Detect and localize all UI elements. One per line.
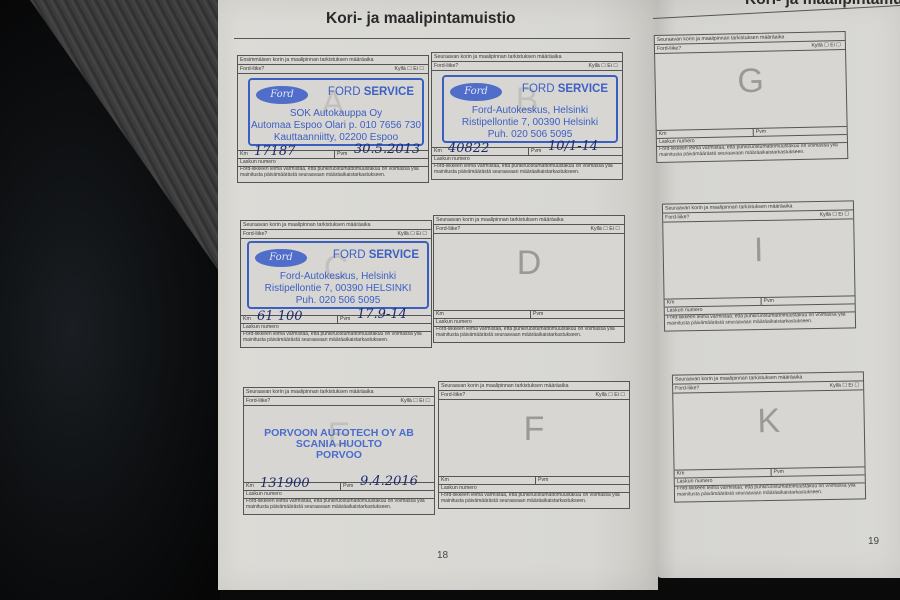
stamp-area: D [434, 234, 624, 311]
inspection-form-c: Seuraavan korin ja maalipinnan tarkistuk… [240, 220, 432, 348]
page-number-left: 18 [437, 550, 448, 561]
form-header: Ensimmäisen korin ja maalipinnan tarkist… [238, 56, 428, 65]
inspection-form-d: Seuraavan korin ja maalipinnan tarkistuk… [433, 215, 625, 343]
yes-no-checkboxes[interactable]: Kyllä ☐ Ei ☐ [401, 397, 430, 405]
inspection-form-g: Seuraavan korin ja maalipinnan tarkistuk… [654, 31, 849, 163]
km-value: 40822 [448, 141, 489, 156]
ford-dealer-label: Ford-liike? [246, 398, 270, 404]
inspection-form-i: Seuraavan korin ja maalipinnan tarkistuk… [662, 200, 856, 331]
yes-no-checkboxes[interactable]: Kyllä ☐ Ei ☐ [811, 41, 841, 50]
yes-no-checkboxes[interactable]: Kyllä ☐ Ei ☐ [591, 225, 620, 233]
form-header: Seuraavan korin ja maalipinnan tarkistuk… [241, 221, 431, 230]
ford-dealer-label: Ford-liike? [436, 226, 460, 232]
warranty-note: Ford-liikkeen leima varmistaa, että puhk… [432, 164, 622, 181]
yes-no-checkboxes[interactable]: Kyllä ☐ Ei ☐ [596, 391, 625, 399]
stamp-area: B Ford FORD SERVICE Ford-Autokeskus, Hel… [432, 71, 622, 148]
stamp-address: Ford-Autokeskus, HelsinkiRistipellontie … [249, 271, 427, 307]
date-label: Pvm [530, 310, 543, 319]
km-label: Km [677, 469, 685, 477]
stamp-area: F [439, 400, 629, 477]
invoice-number-label: Laskun numero [432, 156, 622, 164]
km-label: Km [659, 130, 667, 138]
form-letter: D [434, 244, 624, 283]
invoice-number-label: Laskun numero [434, 319, 624, 327]
ford-service-stamp: Ford FORD SERVICE Ford-Autokeskus, Helsi… [247, 241, 429, 309]
warranty-note: Ford-liikkeen leima varmistaa, että puhk… [439, 493, 629, 510]
km-label: Km [243, 315, 251, 323]
warranty-note: Ford-liikkeen leima varmistaa, että puhk… [434, 327, 624, 344]
stamp-area: K [673, 390, 864, 470]
form-header: Seuraavan korin ja maalipinnan tarkistuk… [432, 53, 622, 62]
ford-logo-icon: Ford [450, 83, 502, 101]
km-label: Km [667, 298, 675, 306]
km-date-row: Km Pvm [439, 476, 629, 485]
stamp-title: FORD SERVICE [328, 86, 414, 98]
inspection-form-k: Seuraavan korin ja maalipinnan tarkistuk… [672, 371, 866, 502]
ford-dealer-row: Ford-liike? Kyllä ☐ Ei ☐ [244, 397, 434, 406]
ford-dealer-label: Ford-liike? [441, 392, 465, 398]
date-value: 17.9-14 [357, 307, 407, 322]
ford-dealer-label: Ford-liike? [657, 45, 681, 52]
ford-dealer-row: Ford-liike? Kyllä ☐ Ei ☐ [238, 65, 428, 74]
page-number-right: 19 [868, 536, 879, 547]
date-label: Pvm [340, 482, 353, 491]
title-divider [234, 38, 630, 39]
warranty-note: Ford-liikkeen leima varmistaa, että puhk… [675, 483, 865, 503]
ford-dealer-label: Ford-liike? [240, 66, 264, 72]
form-letter: K [673, 400, 864, 442]
ford-dealer-row: Ford-liike? Kyllä ☐ Ei ☐ [432, 62, 622, 71]
date-label: Pvm [535, 476, 548, 485]
invoice-number-label: Laskun numero [244, 491, 434, 499]
km-date-row: Km Pvm [434, 310, 624, 319]
yes-no-checkboxes[interactable]: Kyllä ☐ Ei ☐ [398, 230, 427, 238]
km-label: Km [246, 482, 254, 490]
yes-no-checkboxes[interactable]: Kyllä ☐ Ei ☐ [395, 65, 424, 73]
ford-dealer-label: Ford-liike? [434, 63, 458, 69]
ford-service-stamp: Ford FORD SERVICE Ford-Autokeskus, Helsi… [442, 75, 618, 143]
stamp-address: Ford-Autokeskus, HelsinkiRistipellontie … [444, 105, 616, 141]
ford-dealer-label: Ford-liike? [243, 231, 267, 237]
ford-service-stamp: Ford FORD SERVICE SOK Autokauppa OyAutom… [248, 78, 424, 146]
km-label: Km [436, 310, 444, 318]
inspection-form-b: Seuraavan korin ja maalipinnan tarkistuk… [431, 52, 623, 180]
date-label: Pvm [771, 468, 785, 477]
ford-logo-icon: Ford [255, 249, 307, 267]
page-title-right: Kori- ja maalipintamuistio [745, 0, 900, 9]
date-value: 10/1-14 [548, 139, 598, 154]
form-letter: F [439, 410, 629, 449]
yes-no-checkboxes[interactable]: Kyllä ☐ Ei ☐ [589, 62, 618, 70]
ford-logo-icon: Ford [256, 86, 308, 104]
form-header: Seuraavan korin ja maalipinnan tarkistuk… [439, 382, 629, 391]
km-value: 17187 [254, 144, 295, 159]
km-label: Km [240, 150, 248, 158]
km-label: Km [441, 476, 449, 484]
km-value: 61 100 [257, 309, 303, 324]
invoice-number-label: Laskun numero [238, 159, 428, 167]
ford-dealer-row: Ford-liike? Kyllä ☐ Ei ☐ [241, 230, 431, 239]
date-label: Pvm [334, 150, 347, 159]
page-title: Kori- ja maalipintamuistio [326, 10, 515, 28]
form-header: Seuraavan korin ja maalipinnan tarkistuk… [244, 388, 434, 397]
date-value: 9.4.2016 [360, 474, 418, 489]
stamp-title: FORD SERVICE [522, 83, 608, 95]
yes-no-checkboxes[interactable]: Kyllä ☐ Ei ☐ [820, 210, 850, 219]
warranty-note: Ford-liikkeen leima varmistaa, että puhk… [241, 332, 431, 349]
warranty-note: Ford-liikkeen leima varmistaa, että puhk… [665, 312, 855, 332]
stamp-area: C Ford FORD SERVICE Ford-Autokeskus, Hel… [241, 239, 431, 316]
ford-dealer-row: Ford-liike? Kyllä ☐ Ei ☐ [439, 391, 629, 400]
ford-dealer-row: Ford-liike? Kyllä ☐ Ei ☐ [434, 225, 624, 234]
dealer-stamp: PORVOON AUTOTECH OY ABSCANIA HUOLTOPORVO… [244, 428, 434, 461]
form-letter: I [663, 229, 854, 271]
form-header: Seuraavan korin ja maalipinnan tarkistuk… [434, 216, 624, 225]
date-value: 30.5.2013 [354, 142, 420, 157]
warranty-note: Ford-liikkeen leima varmistaa, että puhk… [238, 167, 428, 184]
stamp-area: G [655, 50, 847, 131]
km-label: Km [434, 147, 442, 155]
stamp-area: I [663, 219, 854, 299]
stamp-area: A Ford FORD SERVICE SOK Autokauppa OyAut… [238, 74, 428, 151]
km-value: 131900 [260, 476, 310, 491]
invoice-number-label: Laskun numero [241, 324, 431, 332]
stamp-area: E PORVOON AUTOTECH OY ABSCANIA HUOLTOPOR… [244, 406, 434, 483]
date-label: Pvm [761, 297, 775, 306]
date-label: Pvm [753, 128, 767, 137]
stamp-title: FORD SERVICE [333, 249, 419, 261]
form-letter: G [655, 60, 846, 103]
invoice-number-label: Laskun numero [439, 485, 629, 493]
ford-dealer-label: Ford-liike? [675, 385, 699, 391]
yes-no-checkboxes[interactable]: Kyllä ☐ Ei ☐ [830, 381, 860, 390]
inspection-form-f: Seuraavan korin ja maalipinnan tarkistuk… [438, 381, 630, 509]
ford-dealer-label: Ford-liike? [665, 214, 689, 220]
stamp-address: SOK Autokauppa OyAutomaa Espoo Olari p. … [250, 108, 422, 144]
inspection-form-a: Ensimmäisen korin ja maalipinnan tarkist… [237, 55, 429, 183]
warranty-note: Ford-liikkeen leima varmistaa, että puhk… [244, 499, 434, 516]
date-label: Pvm [528, 147, 541, 156]
inspection-form-e: Seuraavan korin ja maalipinnan tarkistuk… [243, 387, 435, 515]
date-label: Pvm [337, 315, 350, 324]
